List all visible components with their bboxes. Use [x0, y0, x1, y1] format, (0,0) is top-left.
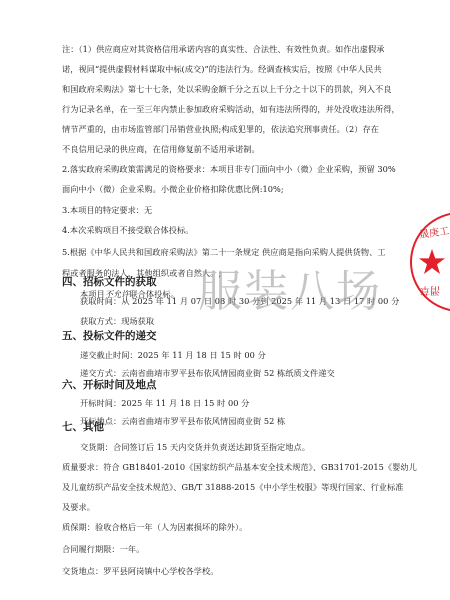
item2-line-1: 2.落实政府采购政策需满足的资格要求：本项目非专门面向中小（微）企业采购，预留 …	[62, 164, 396, 174]
quality-line-1: 质量要求：符合 GB18401-2010《国家纺织产品基本安全技术规范》、GB3…	[62, 462, 417, 472]
note-line-4: 行为记录名单，在一至三年内禁止参加政府采购活动，如有违法所得的，并处没收违法所得…	[62, 104, 400, 114]
section-5-title: 五、投标文件的递交	[62, 330, 157, 342]
section-5-line-1: 递交截止时间：2025 年 11 月 18 日 15 时 00 分	[80, 350, 266, 360]
document-page: 注：（1）供应商应对其资格信用承诺内容的真实性、合法性、有效性负责。如作出虚假承…	[0, 0, 450, 600]
section-6-title: 六、开标时间及地点	[62, 379, 157, 391]
section-4-line-2: 获取方式：现场获取	[80, 316, 154, 326]
note-line-6: 不良信用记录的供应商，在信用修复前不适用承诺制。	[62, 144, 260, 154]
delivery-place-text: 交货地点：罗平县阿岗镇中心学校各学校。	[62, 566, 219, 576]
item5-line-1: 5.根据《中华人民共和国政府采购法》第二十一条规定 供应商是指向采购人提供货物、…	[62, 247, 386, 257]
quality-line-2: 及儿童纺织产品安全技术规范》、GB/T 31888-2015《中小学生校服》等现…	[62, 482, 404, 492]
section-5-line-2: 递交方式：云南省曲靖市罗平县布依风情园商业街 52 栋纸质文件递交	[80, 368, 335, 378]
contract-period-text: 合同履行期限：一年。	[62, 544, 144, 554]
note-line-2: 诺，视同“提供虚假材料谋取中标(成交)”的违法行为。经调查核实后，按照《中华人民…	[62, 64, 382, 74]
quality-line-3: 及要求。	[62, 502, 95, 512]
seal-star-icon	[418, 248, 446, 276]
item2-line-2: 面向中小（微）企业采购。小微企业价格扣除优惠比例:10%;	[62, 184, 284, 194]
section-7-line-1: 交货期：合同签订后 15 天内交货并负责送达卸货至指定地点。	[80, 442, 310, 452]
item4-text: 4.本次采购项目不接受联合体投标。	[62, 225, 193, 235]
seal-text-bottom: 渭草	[420, 284, 440, 299]
note-line-5: 情节严重的，由市场监管部门吊销营业执照;构成犯罪的，依法追究刑事责任。（2）存在	[62, 124, 379, 134]
note-line-3: 和国政府采购法》第七十七条，处以采购金额千分之五以上千分之十以下的罚款，列入不良	[62, 84, 392, 94]
warranty-text: 质保期：验收合格后一年（人为因素损坏的除外）。	[62, 522, 247, 532]
section-4-title: 四、招标文件的获取	[62, 276, 157, 288]
section-7-title: 七、其他	[62, 421, 104, 433]
section-6-line-1: 开标时间：2025 年 11 月 18 日 15 时 00 分	[80, 398, 249, 408]
section-4-line-1: 获取时间：从 2025 年 11 月 07 日 08 时 30 分到 2025 …	[80, 296, 399, 306]
note-line-1: 注：（1）供应商应对其资格信用承诺内容的真实性、合法性、有效性负责。如作出虚假承	[62, 44, 384, 54]
watermark: 服装八场	[198, 266, 382, 318]
section-6-line-2: 开标地点：云南省曲靖市罗平县布依风情园商业街 52 栋	[80, 416, 285, 426]
item3-text: 3.本项目的特定要求：无	[62, 205, 152, 215]
